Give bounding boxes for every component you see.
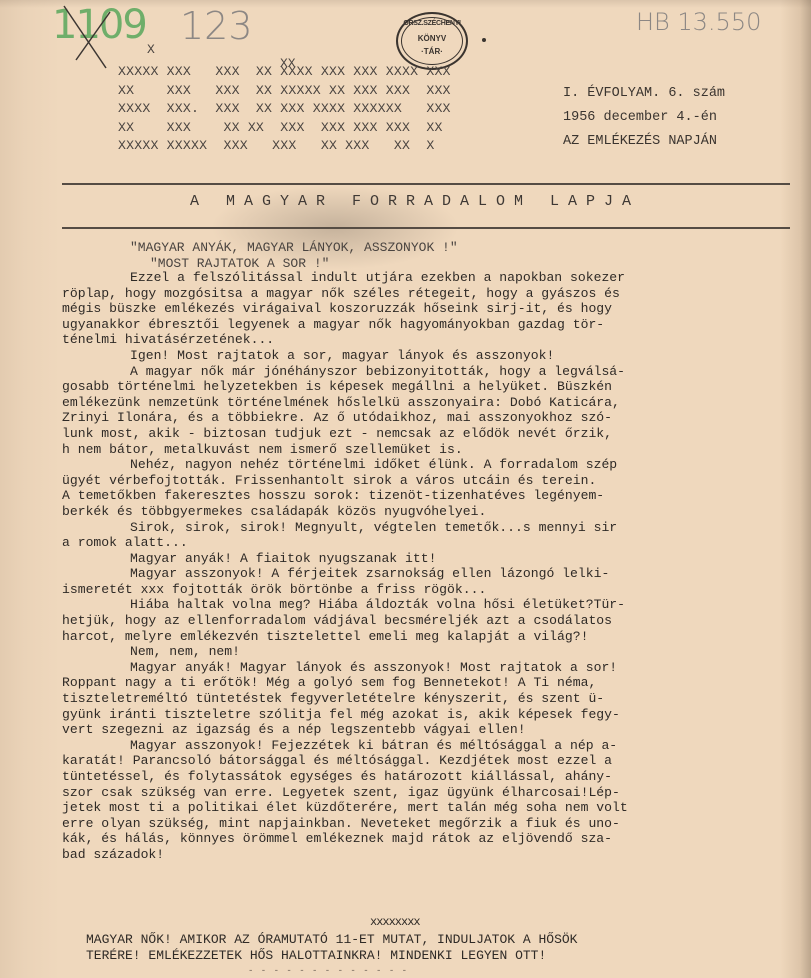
body-line: gyünk iránti tiszteletre szólitja fel mé… bbox=[62, 707, 802, 723]
body-line: karatát! Parancsoló bátorsággal és méltó… bbox=[62, 753, 802, 769]
body-line: tiszteletreméltó tüntetéstek fegyverleté… bbox=[62, 691, 802, 707]
masthead-x-art: XXXXX XXX XXX XX XXXX XXX XXX XXXX XXX X… bbox=[118, 63, 451, 156]
body-line: tüntetéssel, és folytassátok egységes és… bbox=[62, 769, 802, 785]
body-line: kák, és hálás, könnyes örömmel emlékezne… bbox=[62, 831, 802, 847]
stamp-text-line3: ·TÁR· bbox=[398, 47, 466, 56]
body-line: lunk most, akik - biztosan tudjuk ezt - … bbox=[62, 426, 802, 442]
footer-call: MAGYAR NŐK! AMIKOR AZ ÓRAMUTATÓ 11-ET MU… bbox=[86, 932, 577, 963]
body-line: Ezzel a felszólitással indult utjára eze… bbox=[62, 270, 802, 286]
body-line: berkék és többgyermekes családapák közös… bbox=[62, 504, 802, 520]
body-line: bad századok! bbox=[62, 847, 802, 863]
headline-line1: "MAGYAR ANYÁK, MAGYAR LÁNYOK, ASSZONYOK … bbox=[130, 240, 458, 255]
body-line: harcot, melyre emlékezvén tisztelettel e… bbox=[62, 629, 802, 645]
body-line: Magyar anyák! Magyar lányok és asszonyok… bbox=[62, 660, 802, 676]
body-line: szor csak szükség van erre. Legyetek sze… bbox=[62, 785, 802, 801]
masthead-info: I. ÉVFOLYAM. 6. szám1956 december 4.-énA… bbox=[563, 82, 725, 154]
body-line: A temetőkben fakeresztes hosszu sorok: t… bbox=[62, 488, 802, 504]
body-line: h nem bátor, metalkuvást nem ismerő szel… bbox=[62, 442, 802, 458]
body-line: ténelmi hivatásérzetének... bbox=[62, 332, 802, 348]
body-line: gosabb történelmi helyzetekben is képese… bbox=[62, 379, 802, 395]
masthead-x-mark: X bbox=[147, 42, 155, 57]
publication-date: 1956 december 4.-én bbox=[563, 106, 725, 130]
body-line: erre olyan szükség, mint napjainkban. Ne… bbox=[62, 816, 802, 832]
body-line: Hiába haltak volna meg? Hiába áldozták v… bbox=[62, 597, 802, 613]
body-line: Magyar asszonyok! Fejezzétek ki bátran é… bbox=[62, 738, 802, 754]
footer-line2: TERÉRE! EMLÉKEZZETEK HŐS HALOTTAINKRA! M… bbox=[86, 948, 577, 964]
body-line: hetjük, hogy az ellenforradalom vádjával… bbox=[62, 613, 802, 629]
body-line: A magyar nők már jónéhányszor bebizonyit… bbox=[62, 364, 802, 380]
body-line: Zrinyi Ilonára, és a többiekre. Az ő utó… bbox=[62, 410, 802, 426]
catalog-number: HB 13.550 bbox=[636, 8, 761, 36]
body-line: Nem, nem, nem! bbox=[62, 644, 802, 660]
body-line: ugyanakkor ébresztői legyenek a magyar n… bbox=[62, 317, 802, 333]
section-separator: xxxxxxxx bbox=[370, 915, 420, 929]
body-line: Sirok, sirok, sirok! Megnyult, végtelen … bbox=[62, 520, 802, 536]
body-line: Magyar anyák! A fiaitok nyugszanak itt! bbox=[62, 551, 802, 567]
footer-line1: MAGYAR NŐK! AMIKOR AZ ÓRAMUTATÓ 11-ET MU… bbox=[86, 932, 577, 948]
body-line: Nehéz, nagyon nehéz történelmi időket él… bbox=[62, 457, 802, 473]
body-line: jetek most ti a politikai élet küzdőteré… bbox=[62, 800, 802, 816]
body-line: ügyét vérbefojtották. Frissenhantolt sir… bbox=[62, 473, 802, 489]
occasion: AZ EMLÉKEZÉS NAPJÁN bbox=[563, 130, 725, 154]
stamp-text-line2: KÖNYV bbox=[398, 34, 466, 43]
body-line: a romok alatt... bbox=[62, 535, 802, 551]
cut-off-text-fragment: - - - - - - - - - - - - - bbox=[248, 966, 408, 976]
body-line: Roppant nagy a ti erőtök! Még a golyó se… bbox=[62, 675, 802, 691]
library-stamp: ORSZ.SZÉCHENYI KÖNYV ·TÁR· bbox=[396, 12, 468, 70]
article-body: Ezzel a felszólitással indult utjára eze… bbox=[62, 270, 802, 863]
body-line: emlékezünk nemzetünk történelmének hősle… bbox=[62, 395, 802, 411]
pencil-number: 123 bbox=[180, 4, 253, 48]
body-line: ismeretét xxx fojtották örök börtönbe a … bbox=[62, 582, 802, 598]
stamp-text-line1: ORSZ.SZÉCHENYI bbox=[398, 20, 466, 27]
strikethrough-mark bbox=[48, 4, 118, 76]
ink-dot bbox=[482, 38, 486, 42]
body-line: röplap, hogy mozgósitsa a magyar nők szé… bbox=[62, 286, 802, 302]
body-line: mégis büszke emlékezés virágaival koszor… bbox=[62, 301, 802, 317]
body-line: Magyar asszonyok! A férjeitek zsarnokság… bbox=[62, 566, 802, 582]
body-line: vert szegezni az igazság és a nép legsze… bbox=[62, 722, 802, 738]
volume-number: I. ÉVFOLYAM. 6. szám bbox=[563, 82, 725, 106]
body-line: Igen! Most rajtatok a sor, magyar lányok… bbox=[62, 348, 802, 364]
headline-line2: "MOST RAJTATOK A SOR !" bbox=[150, 256, 329, 271]
